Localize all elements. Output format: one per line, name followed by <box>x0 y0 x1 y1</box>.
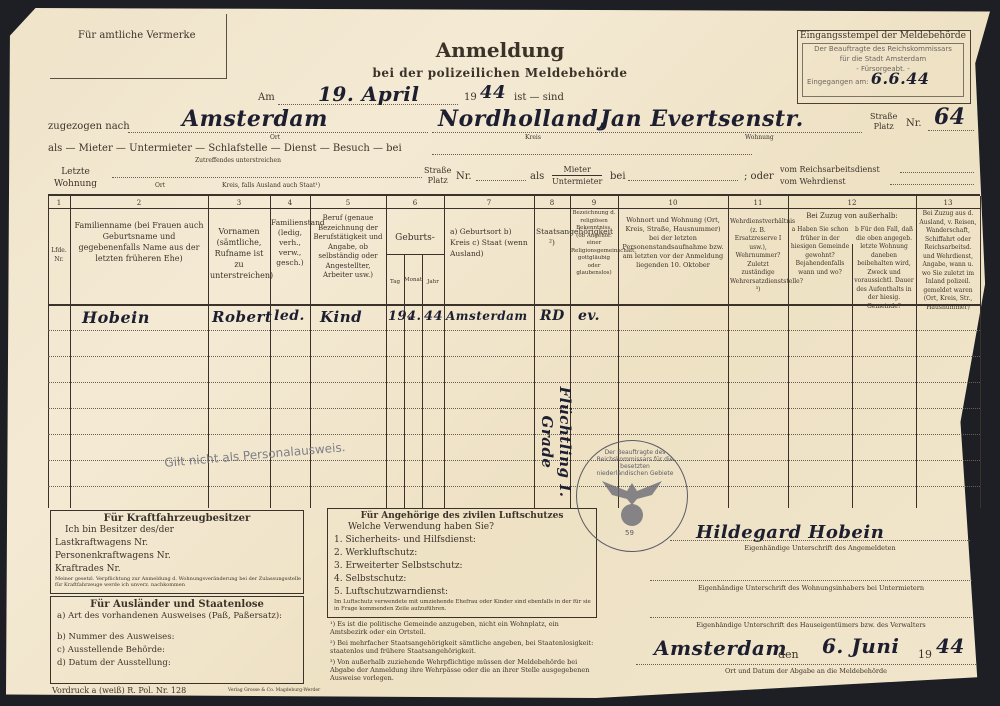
district-caption: Kreis <box>525 134 541 141</box>
submission-place: Amsterdam <box>654 636 787 660</box>
vehicle-owner-box: Für Kraftfahrzeugbesitzer Ich bin Besitz… <box>50 510 304 594</box>
place-line <box>128 132 428 133</box>
col-header-surname: Familienname (bei Frauen auch Geburtsnam… <box>74 220 204 264</box>
district-line <box>432 132 862 133</box>
col-header-month: Monat <box>404 276 422 285</box>
last-nr-line <box>476 180 526 181</box>
cell-occupation: Kind <box>320 308 362 326</box>
cell-birthplace: Amsterdam <box>446 309 528 323</box>
receipt-stamp-box: Eingangsstempel der Meldebehörde Der Bea… <box>797 30 971 104</box>
col-num-6: 6 <box>386 199 444 207</box>
place-date-caption: Ort und Datum der Abgabe an die Meldebeh… <box>636 667 976 675</box>
col-num-2: 2 <box>70 199 208 207</box>
air-raid-line-5: 5. Luftschutzwarndienst: <box>328 586 596 599</box>
col-num-9: 9 <box>570 199 618 207</box>
vehicle-box-title: Für Kraftfahrzeugbesitzer <box>51 513 303 524</box>
cell-nationality: RD <box>540 308 565 324</box>
number-line <box>928 130 974 131</box>
col-num-12: 12 <box>788 199 916 207</box>
submission-year: 44 <box>936 634 965 658</box>
last-mieter-option: Mieter <box>552 164 602 176</box>
submission-date: 6. Juni <box>822 634 899 658</box>
col-num-10: 10 <box>618 199 728 207</box>
last-ort-caption: Ort <box>155 182 165 189</box>
arrival-year: 44 <box>480 82 506 103</box>
foreigner-box-title: Für Ausländer und Staatenlose <box>51 599 303 610</box>
last-als-label: als <box>530 171 544 182</box>
foreigner-id-number: b) Nummer des Ausweises: <box>51 631 303 644</box>
air-raid-line-3: 3. Erweiterter Selbstschutz: <box>328 560 596 573</box>
car-label: Personenkraftwagens Nr. <box>55 551 171 561</box>
motorcycle-label: Kraftrades Nr. <box>55 564 121 574</box>
last-kreis-caption: Kreis, falls Ausland auch Staat¹) <box>222 182 320 189</box>
stamp-line-2: für die Stadt Amsterdam <box>803 54 963 64</box>
air-raid-title: Für Angehörige des zivilen Luftschutzes <box>328 511 596 521</box>
col-header-zuzug-a: a Haben Sie schon früher in der hiesigen… <box>790 226 850 277</box>
street-caption: Wohnung <box>745 134 774 141</box>
last-street-label: Straße <box>424 166 451 176</box>
form-id: Vordruck a (weiß) R. Pol. Nr. 128 <box>52 686 186 695</box>
cell-surname: Hobein <box>82 308 150 327</box>
publisher: Verlag Grosse & Co. Magdeburg-Werder <box>228 688 320 693</box>
col-header-residence: Wohnort und Wohnung (Ort, Kreis, Straße,… <box>622 216 724 270</box>
last-oder-label: ; oder <box>744 171 774 182</box>
stamp-received-date: 6.6.44 <box>871 69 930 88</box>
col-header-military: Wehrdienstverhältnis (z. B. Ersatzreserv… <box>730 218 786 295</box>
foreigner-authority: c) Ausstellende Behörde: <box>51 644 303 657</box>
seal-number: 59 <box>625 529 634 537</box>
last-residence-line <box>112 177 422 178</box>
col-num-8: 8 <box>534 199 570 207</box>
cell-month: 4. <box>407 309 422 324</box>
den-label: den <box>778 648 799 661</box>
col-header-first-name: Vornamen (sämtliche, Rufname ist zu unte… <box>210 226 268 281</box>
last-bei-label: bei <box>610 171 626 182</box>
col-num-13: 13 <box>916 199 980 207</box>
place-caption: Ort <box>270 134 280 141</box>
air-raid-line-2: 2. Werkluftschutz: <box>328 547 596 560</box>
col-num-1: 1 <box>48 199 70 207</box>
wehrdienst-line <box>890 184 974 185</box>
col-num-4: 4 <box>270 199 310 207</box>
col-num-3: 3 <box>208 199 270 207</box>
last-bei-line <box>628 180 738 181</box>
am-label: Am <box>258 92 275 103</box>
col-header-year: Jahr <box>422 278 444 287</box>
cell-refugee-note: Flüchtling I. Grade <box>538 362 574 522</box>
air-raid-question: Welche Verwendung haben Sie? <box>328 521 596 534</box>
arrival-date: 19. April <box>318 82 420 106</box>
col-num-7: 7 <box>444 199 534 207</box>
col-header-nr: Lfde. Nr. <box>48 246 70 264</box>
status-bei-line <box>432 154 752 155</box>
arrival-street: Jan Evertsenstr. <box>600 106 804 132</box>
registrant-signature-caption: Eigenhändige Unterschrift des Angemeldet… <box>670 544 970 552</box>
air-raid-box: Für Angehörige des zivilen Luftschutzes … <box>327 508 597 618</box>
air-raid-note: Im Luftschutz verwendete mit umziehende … <box>328 599 596 612</box>
owner-signature-caption: Eigenhändige Unterschrift des Hauseigent… <box>650 621 972 629</box>
document-subtitle: bei der polizeilichen Meldebehörde <box>320 66 680 80</box>
air-raid-line-1: 1. Sicherheits- und Hilfsdienst: <box>328 534 596 547</box>
number-label: Nr. <box>906 118 922 129</box>
last-residence-label-bottom: Wohnung <box>54 178 97 190</box>
status-caption: Zutreffendes unterstreichen <box>195 157 281 164</box>
arrival-district: Nordholland, <box>438 106 606 132</box>
col-header-abroad: Bei Zuzug aus d. Ausland, v. Reisen, Wan… <box>918 210 978 312</box>
col-header-zuzug-b: b Für den Fall, daß die oben angegeb. le… <box>854 226 914 311</box>
official-notes-box: Für amtliche Vermerke <box>50 14 227 79</box>
vehicle-box-note: Meiner gesetzl. Verpflichtung zur Anmeld… <box>51 576 303 588</box>
registrant-signature-line <box>670 540 970 541</box>
footnote-1: ¹) Es ist die politische Gemeinde anzuge… <box>330 620 596 636</box>
col-header-nationality: Staatsangehörigkeit ²) <box>536 226 568 248</box>
rad-label: vom Reichsarbeitsdienst <box>780 164 880 176</box>
tenant-signature-line <box>650 580 972 581</box>
cell-first-name: Robert <box>212 308 272 326</box>
last-nr-label: Nr. <box>456 171 472 182</box>
col-num-11: 11 <box>728 199 788 207</box>
foreigner-id-type: a) Art des vorhandenen Ausweises (Paß, P… <box>51 610 303 623</box>
arrival-place: Amsterdam <box>182 106 328 132</box>
house-number: 64 <box>934 104 966 130</box>
submission-year-prefix: 19 <box>918 648 932 661</box>
col-header-religion: Bezeichnung d. religiösen Bekenntniss. (… <box>571 210 617 278</box>
col-header-birth: Geburts- <box>386 234 444 243</box>
ist-sind-label: ist — sind <box>514 92 564 103</box>
cell-year: 44 <box>424 309 443 324</box>
air-raid-line-4: 4. Selbstschutz: <box>328 573 596 586</box>
foreigner-issue-date: d) Datum der Ausstellung: <box>51 657 303 670</box>
street-label: Straße <box>870 112 897 122</box>
year-prefix: 19 <box>464 92 477 103</box>
square-label: Platz <box>870 122 897 132</box>
last-residence-label-top: Letzte <box>54 166 97 178</box>
footnote-2: ²) Bei mehrfacher Staatsangehörigkeit sä… <box>330 639 596 655</box>
receipt-stamp: Der Beauftragte des Reichskommissars für… <box>802 43 964 97</box>
wehrdienst-label: vom Wehrdienst <box>780 176 880 188</box>
tenant-signature-caption: Eigenhändige Unterschrift des Wohnungsin… <box>650 584 972 592</box>
col-header-marital: Familienstand (ledig, verh., verw., gesc… <box>271 218 309 268</box>
col-header-birthplace: a) Geburtsort b) Kreis c) Staat (wenn Au… <box>450 226 530 259</box>
official-seal: Der Beauftragte des Reichskommissars für… <box>576 440 688 552</box>
place-date-line <box>636 664 976 665</box>
footnote-3: ³) Von außerhalb zuziehende Wehrpflichti… <box>330 658 596 682</box>
col-num-5: 5 <box>310 199 386 207</box>
stamp-line-1: Der Beauftragte des Reichskommissars <box>803 44 963 54</box>
col-header-occupation: Beruf (genaue Bezeichnung der Berufstäti… <box>312 214 384 281</box>
stamp-received-label: Eingegangen am: <box>807 78 869 86</box>
last-untermieter-option: Untermieter <box>552 176 602 187</box>
rad-line <box>900 172 974 173</box>
document-title: Anmeldung <box>400 38 600 62</box>
moved-to-label: zugezogen nach <box>48 121 130 132</box>
col-header-zuzug: Bei Zuzug von außerhalb: <box>790 212 914 221</box>
status-options: als — Mieter — Untermieter — Schlafstell… <box>48 143 402 154</box>
cell-religion: ev. <box>578 308 600 324</box>
eagle-emblem-icon <box>597 469 667 529</box>
cell-marital: led. <box>274 308 305 324</box>
stamp-header: Eingangsstempel der Meldebehörde <box>800 31 966 41</box>
official-notes-label: Für amtliche Vermerke <box>78 30 196 41</box>
owner-signature-line <box>650 617 972 618</box>
vehicle-box-intro: Ich bin Besitzer des/der <box>51 524 303 537</box>
foreigner-box: Für Ausländer und Staatenlose a) Art des… <box>50 596 304 684</box>
truck-label: Lastkraftwagens Nr. <box>55 538 148 548</box>
last-square-label: Platz <box>424 176 451 186</box>
col-header-day: Tag <box>386 278 404 287</box>
